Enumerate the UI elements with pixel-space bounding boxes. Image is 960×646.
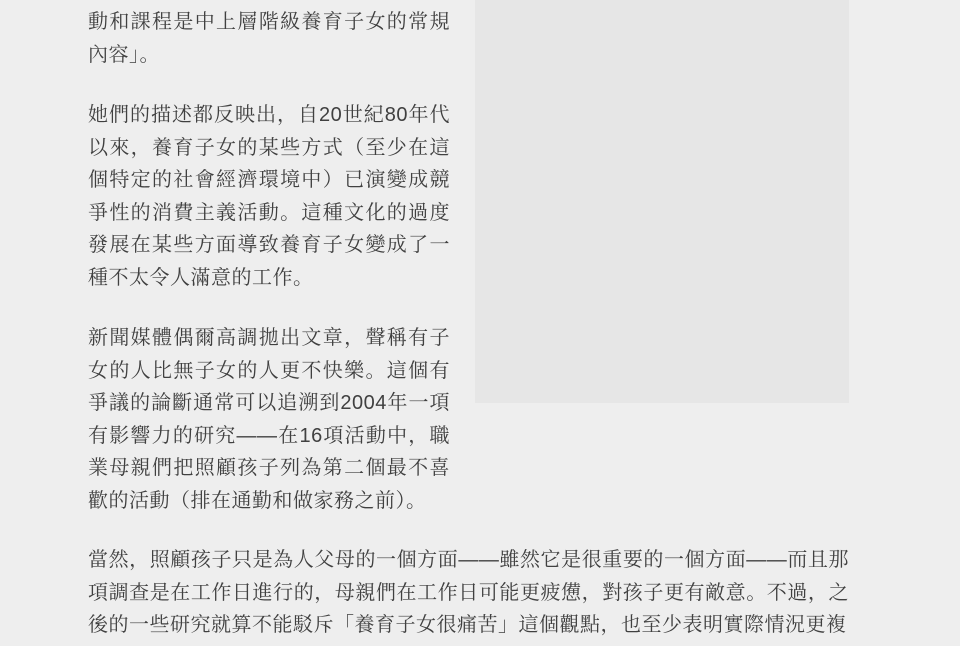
- two-column-layout: 動和課程是中上層階級養育子女的常規內容」。 她們的描述都反映出，自20世紀80年…: [88, 0, 849, 517]
- paragraph: 新聞媒體偶爾高調拋出文章，聲稱有子女的人比無子女的人更不快樂。這個有爭議的論斷通…: [88, 322, 450, 517]
- paragraph: 動和課程是中上層階級養育子女的常規內容」。: [88, 6, 450, 71]
- article-content: 動和課程是中上層階級養育子女的常規內容」。 她們的描述都反映出，自20世紀80年…: [88, 0, 849, 642]
- article-page: 動和課程是中上層階級養育子女的常規內容」。 她們的描述都反映出，自20世紀80年…: [0, 0, 960, 646]
- full-width-paragraph: 當然，照顧孩子只是為人父母的一個方面——雖然它是很重要的一個方面——而且那項調查…: [88, 544, 849, 642]
- paragraph: 她們的描述都反映出，自20世紀80年代以來，養育子女的某些方式（至少在這個特定的…: [88, 99, 450, 294]
- image-placeholder: [475, 0, 849, 403]
- article-text-column: 動和課程是中上層階級養育子女的常規內容」。 她們的描述都反映出，自20世紀80年…: [88, 0, 450, 517]
